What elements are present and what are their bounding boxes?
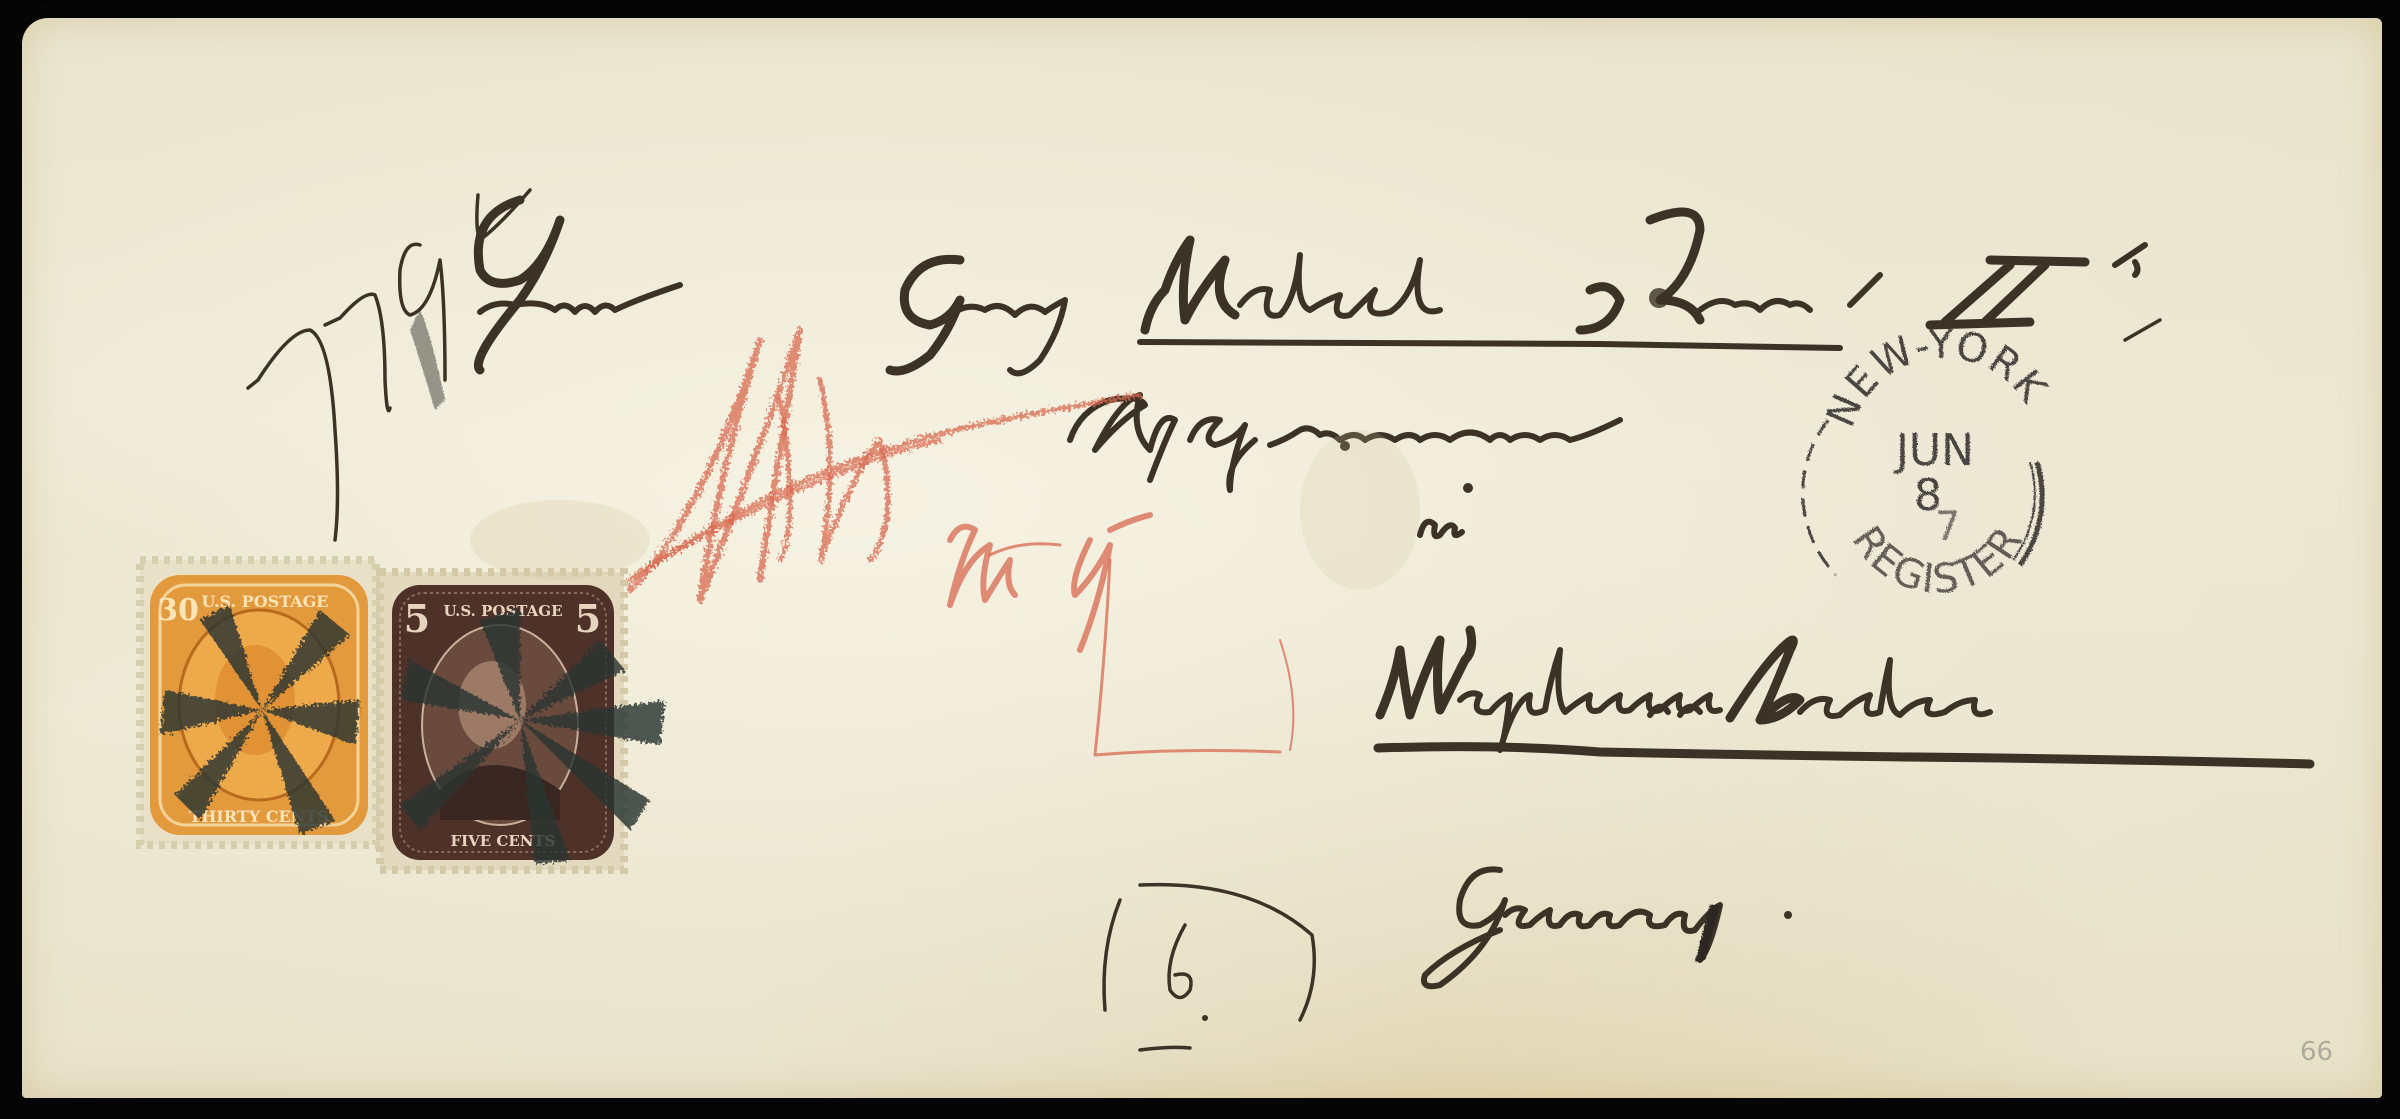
svg-text:7: 7 [1935, 504, 1962, 550]
pencil-note: 66 [2300, 1037, 2333, 1067]
address-line-name: Georg Michael Baier, II [0, 0, 2160, 373]
svg-text:Chargé: Chargé [0, 0, 59, 4]
red-crayon-bracket [1095, 560, 1293, 755]
docket-number: 779 [0, 0, 530, 540]
svg-text:5: 5 [575, 596, 601, 641]
address-line-in: in [0, 0, 1473, 536]
svg-text:U.S. POSTAGE: U.S. POSTAGE [201, 592, 328, 611]
svg-text:NEW-YORK: NEW-YORK [1818, 322, 2057, 434]
photo-background: 779 Georg Michael Baier, II [0, 0, 2400, 1119]
cover-artwork: 779 Georg Michael Baier, II [0, 0, 2400, 1119]
svg-text:30: 30 [157, 593, 199, 628]
red-crayon-scribble [630, 330, 1140, 600]
address-line-title: Hofgärtner [0, 0, 1620, 490]
svg-text:JUN: JUN [1893, 425, 1974, 476]
svg-text:66: 66 [2300, 1037, 2333, 1067]
svg-text:5: 5 [404, 596, 430, 641]
